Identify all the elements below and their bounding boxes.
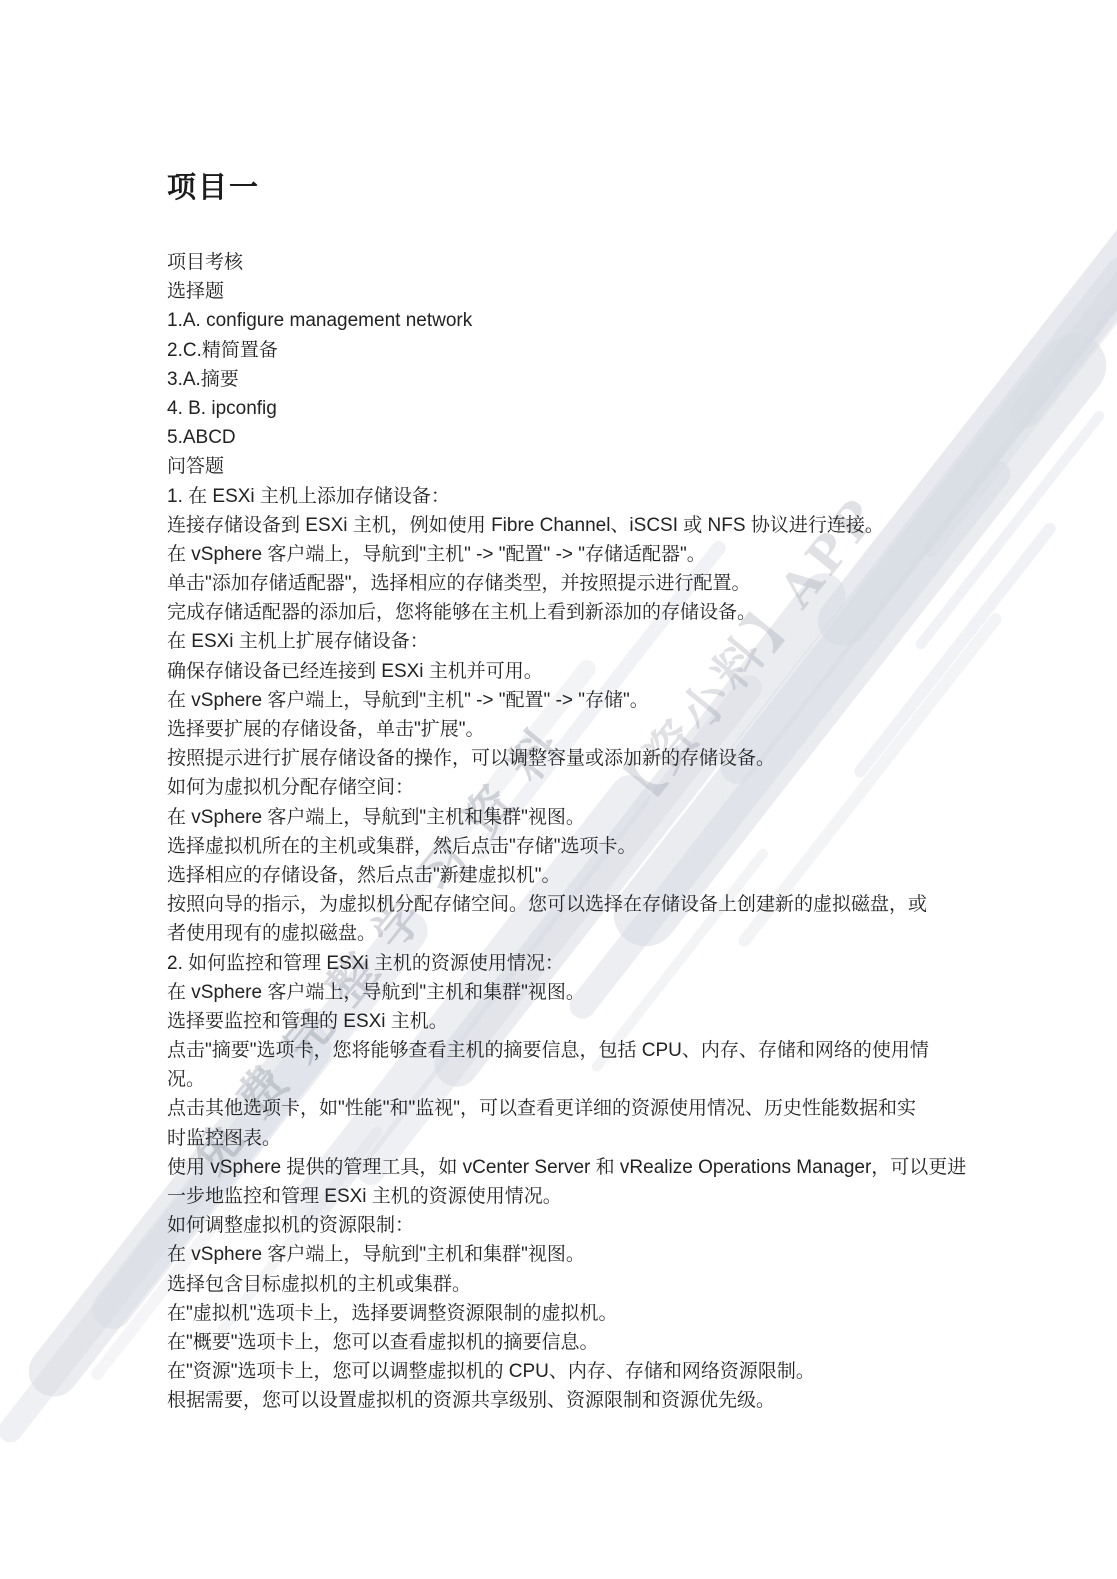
text-line: 在 vSphere 客户端上，导航到"主机" -> "配置" -> "存储适配器…	[167, 540, 957, 569]
text-line: 3.A.摘要	[167, 365, 957, 394]
text-line: 选择包含目标虚拟机的主机或集群。	[167, 1270, 957, 1299]
text-line: 按照提示进行扩展存储设备的操作，可以调整容量或添加新的存储设备。	[167, 744, 957, 773]
text-line: 选择相应的存储设备，然后点击"新建虚拟机"。	[167, 861, 957, 890]
text-line: 在"资源"选项卡上，您可以调整虚拟机的 CPU、内存、存储和网络资源限制。	[167, 1357, 957, 1386]
document-page: 免费完整学习资料 【资小料】APP 项目一 项目考核选择题1.A. config…	[0, 0, 1117, 1579]
text-line: 2.C.精简置备	[167, 336, 957, 365]
document-content: 项目一 项目考核选择题1.A. configure management net…	[167, 169, 957, 1416]
page-title: 项目一	[167, 169, 957, 207]
text-line: 单击"添加存储适配器"，选择相应的存储类型，并按照提示进行配置。	[167, 569, 957, 598]
text-line: 如何调整虚拟机的资源限制：	[167, 1211, 957, 1240]
text-line: 点击"摘要"选项卡，您将能够查看主机的摘要信息，包括 CPU、内存、存储和网络的…	[167, 1036, 957, 1065]
text-line: 者使用现有的虚拟磁盘。	[167, 919, 957, 948]
text-line: 连接存储设备到 ESXi 主机，例如使用 Fibre Channel、iSCSI…	[167, 511, 957, 540]
text-line: 使用 vSphere 提供的管理工具，如 vCenter Server 和 vR…	[167, 1153, 957, 1182]
text-line: 选择虚拟机所在的主机或集群，然后点击"存储"选项卡。	[167, 832, 957, 861]
text-line: 在"概要"选项卡上，您可以查看虚拟机的摘要信息。	[167, 1328, 957, 1357]
text-line: 5.ABCD	[167, 423, 957, 452]
text-line: 4. B. ipconfig	[167, 394, 957, 423]
text-line: 况。	[167, 1065, 957, 1094]
text-line: 在 vSphere 客户端上，导航到"主机和集群"视图。	[167, 803, 957, 832]
text-line: 一步地监控和管理 ESXi 主机的资源使用情况。	[167, 1182, 957, 1211]
text-line: 1.A. configure management network	[167, 306, 957, 335]
text-line: 在 vSphere 客户端上，导航到"主机和集群"视图。	[167, 978, 957, 1007]
text-line: 在 vSphere 客户端上，导航到"主机和集群"视图。	[167, 1240, 957, 1269]
text-line: 问答题	[167, 452, 957, 481]
text-line: 选择题	[167, 277, 957, 306]
text-line: 1. 在 ESXi 主机上添加存储设备：	[167, 482, 957, 511]
text-line: 完成存储适配器的添加后，您将能够在主机上看到新添加的存储设备。	[167, 598, 957, 627]
text-line: 项目考核	[167, 248, 957, 277]
text-line: 确保存储设备已经连接到 ESXi 主机并可用。	[167, 657, 957, 686]
document-body: 项目考核选择题1.A. configure management network…	[167, 248, 957, 1416]
text-line: 按照向导的指示，为虚拟机分配存储空间。您可以选择在存储设备上创建新的虚拟磁盘，或	[167, 890, 957, 919]
text-line: 时监控图表。	[167, 1124, 957, 1153]
brush-streak	[1004, 226, 1117, 434]
text-line: 如何为虚拟机分配存储空间：	[167, 773, 957, 802]
text-line: 根据需要，您可以设置虚拟机的资源共享级别、资源限制和资源优先级。	[167, 1386, 957, 1415]
text-line: 在"虚拟机"选项卡上，选择要调整资源限制的虚拟机。	[167, 1299, 957, 1328]
text-line: 2. 如何监控和管理 ESXi 主机的资源使用情况：	[167, 949, 957, 978]
text-line: 选择要监控和管理的 ESXi 主机。	[167, 1007, 957, 1036]
text-line: 选择要扩展的存储设备，单击"扩展"。	[167, 715, 957, 744]
text-line: 在 vSphere 客户端上，导航到"主机" -> "配置" -> "存储"。	[167, 686, 957, 715]
text-line: 在 ESXi 主机上扩展存储设备：	[167, 627, 957, 656]
text-line: 点击其他选项卡，如"性能"和"监视"，可以查看更详细的资源使用情况、历史性能数据…	[167, 1094, 957, 1123]
